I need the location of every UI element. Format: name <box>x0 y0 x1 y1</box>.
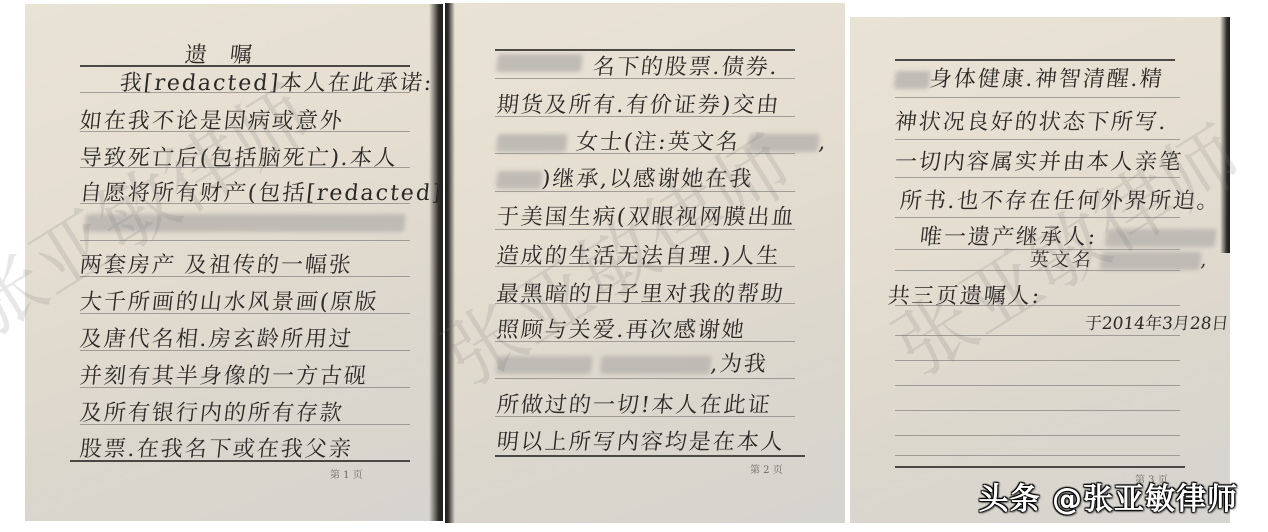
handwritten-line: 所书.也不存在任何外界所迫。 <box>898 184 1222 215</box>
ruled-line <box>895 435 1180 436</box>
handwritten-line: 所做过的一切!本人在此证 <box>495 388 773 419</box>
ruled-line <box>80 424 410 425</box>
handwritten-line: 期货及所有.有价证券)交由 <box>495 88 782 119</box>
handwritten-line: 大千所画的山水风景画(原版 <box>78 285 380 316</box>
top-rule <box>895 59 1175 61</box>
ruled-line <box>895 360 1180 361</box>
ruled-line <box>80 387 410 388</box>
handwritten-line: 名下的股票.债券. <box>591 50 780 81</box>
handwritten-line: 明以上所写内容均是在本人 <box>495 425 786 456</box>
ruled-line <box>80 131 410 132</box>
handwritten-line: 及所有银行内的所有存款 <box>78 396 345 427</box>
handwritten-line: 女士(注:英文名 , <box>495 125 829 156</box>
ruled-line <box>495 266 795 267</box>
will-page-3: 身体健康.神智清醒.精 神状况良好的状态下所写. 一切内容属实并由本人亲笔 所书… <box>850 17 1230 523</box>
ruled-line <box>495 229 795 230</box>
ruled-line <box>80 167 410 168</box>
handwritten-line: 于美国生病(双眼视网膜出血 <box>495 200 797 231</box>
ruled-line <box>895 270 1180 271</box>
ruled-line <box>80 240 410 241</box>
bottom-rule <box>895 466 1185 468</box>
ruled-line <box>895 385 1180 386</box>
ruled-line <box>495 341 795 342</box>
handwritten-line: 身体健康.神智清醒.精 <box>893 62 1165 93</box>
ruled-line <box>495 416 795 417</box>
redaction-blur <box>748 134 820 152</box>
handwritten-line: 两套房产 及祖传的一幅张 <box>78 248 354 279</box>
ruled-line <box>80 92 410 93</box>
will-page-1-photo: 遗 嘱 我[redacted]本人在此承诺: 如在我不论是因病或意外 导致死亡后… <box>25 4 443 521</box>
handwritten-line: 于2014年3月28日 <box>1084 309 1230 334</box>
ruled-line <box>80 350 410 351</box>
page-number: 第 2 页 <box>750 461 783 476</box>
bottom-rule <box>495 455 805 457</box>
ruled-line <box>80 313 410 314</box>
handwritten-line: 并刻有其半身像的一方古砚 <box>78 359 369 390</box>
ruled-line <box>495 191 795 192</box>
redaction-blur <box>600 356 712 374</box>
ruled-line <box>895 97 1180 98</box>
handwritten-line-redacted <box>496 50 584 75</box>
ruled-line <box>495 116 795 117</box>
ruled-line <box>895 177 1180 178</box>
redaction-blur <box>496 356 593 374</box>
handwritten-line: 股票.在我名下或在我父亲 <box>78 432 354 463</box>
ruled-line <box>895 455 1180 456</box>
handwritten-line: 及唐代名相.房玄龄所用过 <box>78 322 354 353</box>
ruled-line <box>895 139 1180 140</box>
redaction-blur <box>496 134 568 152</box>
handwritten-line: 照顾与关爱.再次感谢她 <box>495 313 747 344</box>
redaction-blur <box>1100 252 1202 270</box>
handwritten-line: 一切内容属实并由本人亲笔 <box>893 145 1184 176</box>
will-page-3-photo: 身体健康.神智清醒.精 神状况良好的状态下所写. 一切内容属实并由本人亲笔 所书… <box>850 17 1230 523</box>
ruled-line <box>495 78 795 79</box>
redaction-blur <box>496 54 583 72</box>
ruled-line <box>495 303 795 304</box>
page-number: 第 1 页 <box>330 466 363 481</box>
ruled-line <box>895 335 1180 336</box>
ruled-line <box>895 305 1180 306</box>
redaction-blur <box>496 171 543 189</box>
handwritten-line: ,为我 <box>495 347 769 378</box>
ruled-line <box>895 217 1180 218</box>
ruled-line <box>80 276 410 277</box>
redaction-blur <box>894 71 931 89</box>
redaction-blur <box>84 214 406 232</box>
ruled-line <box>80 203 410 204</box>
brand-watermark: 头条 @张亚敏律师 <box>979 474 1238 518</box>
ruled-line <box>495 378 795 379</box>
will-page-2-photo: 名下的股票.债券. 期货及所有.有价证券)交由 女士(注:英文名 , )继承,以… <box>445 3 845 523</box>
bottom-rule <box>70 460 410 462</box>
will-page-1: 遗 嘱 我[redacted]本人在此承诺: 如在我不论是因病或意外 导致死亡后… <box>25 4 443 521</box>
will-page-2: 名下的股票.债券. 期货及所有.有价证券)交由 女士(注:英文名 , )继承,以… <box>445 3 845 523</box>
ruled-line <box>895 410 1180 411</box>
ruled-line <box>495 153 795 154</box>
handwritten-line: 神状况良好的状态下所写. <box>893 105 1169 136</box>
handwritten-line: )继承,以感谢她在我 <box>495 162 755 193</box>
handwritten-line: 英文名 , <box>1029 245 1211 272</box>
handwritten-line-redacted <box>84 210 407 235</box>
will-title: 遗 嘱 <box>183 38 261 69</box>
